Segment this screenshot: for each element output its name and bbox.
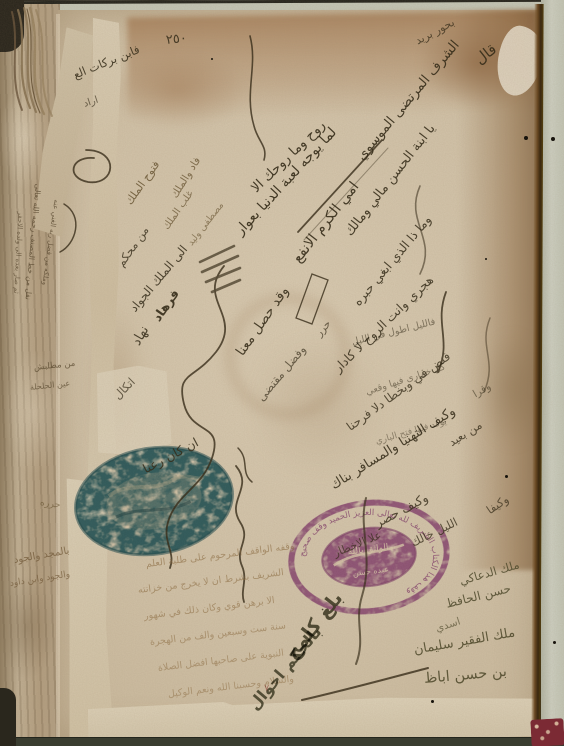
book-spine [0,4,60,746]
stain-top-band [127,10,539,121]
photo-mat-right [541,0,564,746]
stain-center-smudge [248,330,388,480]
ink-speck [505,475,508,478]
ink-speck [551,137,555,141]
ink-speck [485,258,487,260]
corner-shadow-bottom-left [0,688,16,746]
marbled-cover-corner [530,718,564,746]
stain-right-margin [458,10,538,570]
manuscript-scan: وقف هذا الكتاب الشريف لله تعالى العزيز ا… [0,0,564,746]
ink-speck [431,700,434,703]
ink-speck [524,136,528,140]
paper-patch-middle [94,364,173,458]
corner-shadow-top-left [0,0,24,52]
ink-speck [553,641,556,644]
stain-top-left [108,50,248,130]
ink-speck [211,58,213,60]
photo-edge-bottom [0,737,564,746]
stain-ring [224,292,352,420]
